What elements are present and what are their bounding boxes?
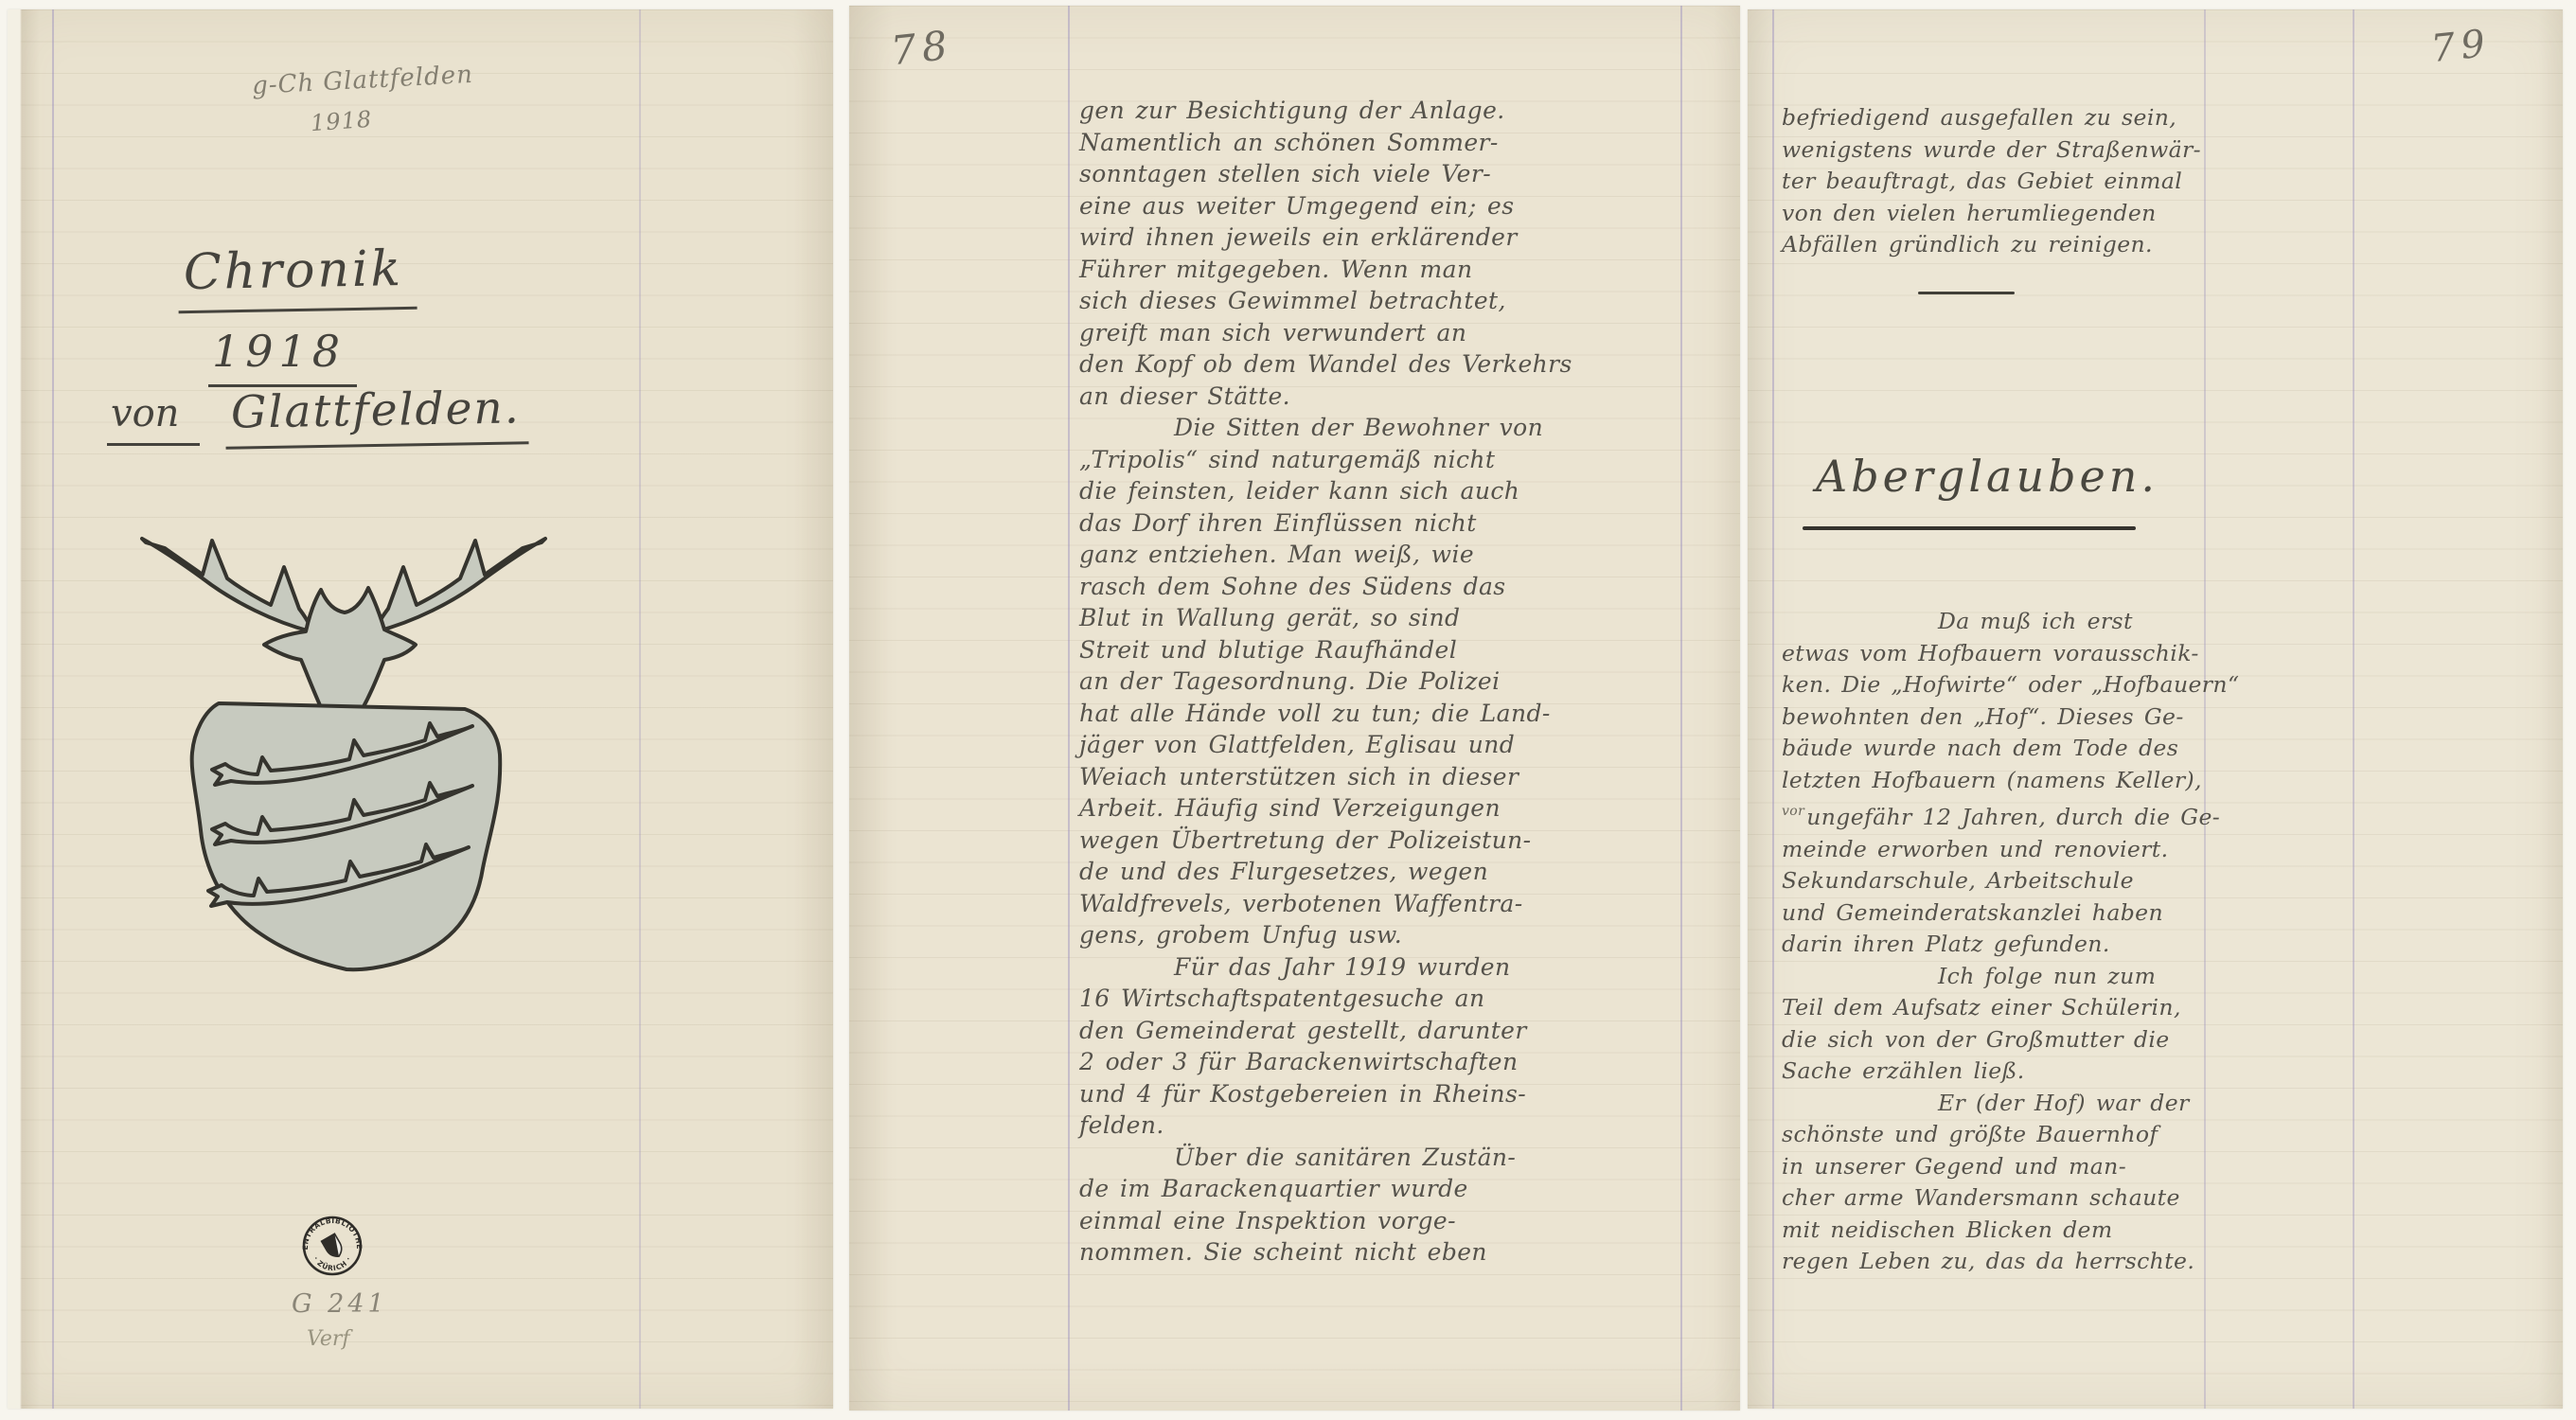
- manuscript-line: an dieser Stätte.: [1079, 381, 1685, 413]
- coat-of-arms-glattfelden-stag-icon: [133, 516, 568, 1008]
- archival-pencil-note-year: 1918: [310, 106, 373, 136]
- page-number: 79: [2429, 22, 2493, 71]
- manuscript-line: an der Tagesordnung. Die Polizei: [1079, 666, 1685, 698]
- manuscript-line: Streit und blutige Raufhändel: [1079, 634, 1685, 666]
- manuscript-line: Über die sanitären Zustän-: [1079, 1142, 1685, 1174]
- manuscript-line: gens, grobem Unfug usw.: [1079, 919, 1685, 951]
- ruled-margin-line: [1068, 6, 1070, 1411]
- manuscript-line: Sache erzählen ließ.: [1782, 1056, 2227, 1088]
- manuscript-line: cher arme Wandersmann schaute: [1782, 1182, 2227, 1215]
- manuscript-line: Teil dem Aufsatz einer Schülerin,: [1782, 992, 2227, 1024]
- manuscript-line: wenigstens wurde der Straßenwär-: [1782, 134, 2227, 167]
- handwritten-text-column: Da muß ich erstetwas vom Hofbauern vorau…: [1782, 606, 2227, 1278]
- manuscript-line: in unserer Gegend und man-: [1782, 1151, 2227, 1183]
- manuscript-line: hat alle Hände voll zu tun; die Land-: [1079, 698, 1685, 730]
- manuscript-scan: g-Ch Glattfelden 1918 Chronik 1918 von G…: [0, 0, 2576, 1420]
- handwritten-text-column: befriedigend ausgefallen zu sein,wenigst…: [1782, 102, 2227, 261]
- title-page: g-Ch Glattfelden 1918 Chronik 1918 von G…: [8, 9, 833, 1409]
- manuscript-line: Er (der Hof) war der: [1782, 1088, 2227, 1120]
- manuscript-line: von den vielen herumliegenden: [1782, 198, 2227, 230]
- chronicle-von: von: [107, 392, 200, 446]
- manuscript-line: etwas vom Hofbauern vorausschik-: [1782, 638, 2227, 670]
- manuscript-line: den Kopf ob dem Wandel des Verkehrs: [1079, 348, 1685, 381]
- shelfmark-note: Verf: [307, 1327, 350, 1351]
- manuscript-line: wegen Übertretung der Polizeistun-: [1079, 825, 1685, 857]
- chronicle-title: Chronik: [177, 240, 417, 313]
- manuscript-line: ken. Die „Hofwirte“ oder „Hofbauern“: [1782, 669, 2227, 701]
- manuscript-line: meinde erworben und renoviert.: [1782, 834, 2227, 866]
- inserted-word: vor: [1782, 804, 1804, 819]
- manuscript-line: „Tripolis“ sind naturgemäß nicht: [1079, 444, 1685, 476]
- manuscript-line: Ich folge nun zum: [1782, 961, 2227, 993]
- section-heading-underline: [1803, 526, 2136, 530]
- page-79: 79 befriedigend ausgefallen zu sein,weni…: [1748, 9, 2563, 1409]
- manuscript-line: Die Sitten der Bewohner von: [1079, 412, 1685, 444]
- manuscript-line: Blut in Wallung gerät, so sind: [1079, 602, 1685, 634]
- manuscript-line: und Gemeinderatskanzlei haben: [1782, 897, 2227, 930]
- manuscript-line: nommen. Sie scheint nicht eben: [1079, 1236, 1685, 1269]
- ruled-margin-line: [639, 9, 641, 1409]
- section-divider: [1918, 292, 2015, 294]
- page-78: 78 gen zur Besichtigung der Anlage.Namen…: [849, 6, 1740, 1411]
- manuscript-line: ter beauftragt, das Gebiet einmal: [1782, 166, 2227, 198]
- manuscript-line: den Gemeinderat gestellt, darunter: [1079, 1015, 1685, 1047]
- manuscript-line: die feinsten, leider kann sich auch: [1079, 475, 1685, 507]
- manuscript-line: Sekundarschule, Arbeitschule: [1782, 865, 2227, 897]
- library-stamp-zentralbibliothek-icon: ZENTRALBIBLIOTHEK · ZÜRICH ·: [300, 1214, 364, 1278]
- manuscript-line: bäude wurde nach dem Tode des: [1782, 733, 2227, 765]
- manuscript-line: letzten Hofbauern (namens Keller),: [1782, 765, 2227, 797]
- manuscript-line: sich dieses Gewimmel betrachtet,: [1079, 285, 1685, 317]
- manuscript-line: Für das Jahr 1919 wurden: [1079, 951, 1685, 984]
- archival-pencil-note: g-Ch Glattfelden: [251, 61, 473, 100]
- manuscript-line: das Dorf ihren Einflüssen nicht: [1079, 507, 1685, 540]
- manuscript-line: schönste und größte Bauernhof: [1782, 1119, 2227, 1151]
- manuscript-line: ganz entziehen. Man weiß, wie: [1079, 539, 1685, 571]
- manuscript-line: de im Barackenquartier wurde: [1079, 1173, 1685, 1205]
- manuscript-line: eine aus weiter Umgegend ein; es: [1079, 190, 1685, 222]
- section-heading: Aberglauben.: [1816, 451, 2159, 502]
- manuscript-line: Waldfrevels, verbotenen Waffentra-: [1079, 888, 1685, 920]
- manuscript-line: rasch dem Sohne des Südens das: [1079, 571, 1685, 603]
- manuscript-line: Namentlich an schönen Sommer-: [1079, 127, 1685, 159]
- manuscript-line: felden.: [1079, 1109, 1685, 1142]
- chronicle-place: Glattfelden.: [224, 382, 528, 450]
- manuscript-line: Arbeit. Häufig sind Verzeigungen: [1079, 792, 1685, 825]
- manuscript-line: Da muß ich erst: [1782, 606, 2227, 638]
- ruled-margin-line: [2353, 9, 2354, 1409]
- manuscript-line: jäger von Glattfelden, Eglisau und: [1079, 729, 1685, 761]
- handwritten-text-column: gen zur Besichtigung der Anlage.Namentli…: [1079, 95, 1685, 1269]
- manuscript-line: Führer mitgegeben. Wenn man: [1079, 254, 1685, 286]
- manuscript-line: einmal eine Inspektion vorge-: [1079, 1205, 1685, 1237]
- manuscript-line: die sich von der Großmutter die: [1782, 1024, 2227, 1056]
- chronicle-year: 1918: [208, 326, 357, 387]
- manuscript-line: Weiach unterstützen sich in dieser: [1079, 761, 1685, 793]
- ruled-margin-line: [1772, 9, 1774, 1409]
- page-number: 78: [889, 22, 955, 75]
- manuscript-line: mit neidischen Blicken dem: [1782, 1215, 2227, 1247]
- manuscript-line: sonntagen stellen sich viele Ver-: [1079, 158, 1685, 190]
- manuscript-line: gen zur Besichtigung der Anlage.: [1079, 95, 1685, 127]
- manuscript-line: darin ihren Platz gefunden.: [1782, 929, 2227, 961]
- stamp-shield-icon: [322, 1234, 346, 1260]
- manuscript-line: befriedigend ausgefallen zu sein,: [1782, 102, 2227, 134]
- manuscript-line: greift man sich verwundert an: [1079, 317, 1685, 349]
- manuscript-line: de und des Flurgesetzes, wegen: [1079, 856, 1685, 888]
- ruled-margin-line: [52, 9, 54, 1409]
- shelfmark: G 241: [292, 1289, 388, 1319]
- manuscript-line: bewohnten den „Hof“. Dieses Ge-: [1782, 701, 2227, 734]
- manuscript-line: und 4 für Kostgebereien in Rheins-: [1079, 1078, 1685, 1110]
- manuscript-line: Abfällen gründlich zu reinigen.: [1782, 229, 2227, 261]
- manuscript-line: 2 oder 3 für Barackenwirtschaften: [1079, 1046, 1685, 1078]
- manuscript-line: vorungefähr 12 Jahren, durch die Ge-: [1782, 796, 2227, 834]
- manuscript-line: 16 Wirtschaftspatentgesuche an: [1079, 983, 1685, 1015]
- manuscript-line: regen Leben zu, das da herrschte.: [1782, 1246, 2227, 1278]
- manuscript-line: wird ihnen jeweils ein erklärender: [1079, 222, 1685, 254]
